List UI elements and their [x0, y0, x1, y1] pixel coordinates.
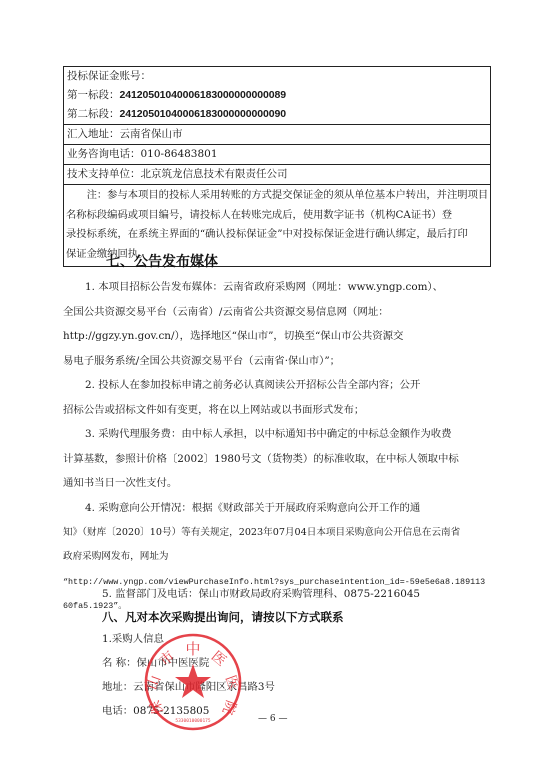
section-7-heading: 七、公告发布媒体	[106, 251, 218, 271]
section-7-item-1: 1. 本项目招标公告发布媒体：云南省政府采购网（网址：www.yngp.com）…	[63, 275, 488, 373]
note-line: 录投标系统，在系统主界面的“确认投标保证金”中对投标保证金进行确认绑定，最后打印	[66, 225, 488, 245]
svg-text:5330010000175: 5330010000175	[175, 718, 211, 724]
deposit-account-cell: 投标保证金账号： 第一标段：24120501040006183000000000…	[64, 67, 491, 125]
lot-1-account: 第一标段：24120501040006183000000000089	[67, 86, 487, 105]
note-line: 名称标段编码或项目编号，请投标人在转账完成后，使用数字证书（机构CA证书）登	[66, 206, 488, 226]
lot-1-label: 第一标段：	[67, 89, 120, 101]
text-line: 3. 采购代理服务费：由中标人承担，以中标通知书中确定的中标总金额作为收费	[63, 422, 488, 447]
document-page: 投标保证金账号： 第一标段：24120501040006183000000000…	[0, 0, 547, 779]
svg-text:中: 中	[185, 640, 200, 658]
section-8-heading: 八、凡对本次采购提出询问，请按以下方式联系	[102, 609, 344, 625]
text-line: 1. 本项目招标公告发布媒体：云南省政府采购网（网址：www.yngp.com）…	[63, 275, 488, 300]
text-line: 4. 采购意向公开情况：根据《财政部关于开展政府采购意向公开工作的通	[63, 496, 488, 521]
svg-text:医: 医	[208, 648, 229, 669]
text-line: 2. 投标人在参加投标申请之前务必认真阅读公开招标公告全部内容；公开	[63, 373, 488, 398]
section-7-item-5: 5. 监督部门及电话：保山市财政局政府采购管理科、0875-2216045	[102, 582, 420, 607]
text-line: 招标公告或招标文件如有变更，将在以上网站或以书面形式发布；	[63, 398, 488, 423]
text-line: 政府采购网发布，网址为	[63, 545, 488, 570]
page-number: — 6 —	[258, 714, 287, 724]
note-line: 注：参与本项目的投标人采用转账的方式提交保证金的须从单位基本户转出，并注明项目	[66, 186, 488, 206]
lot-2-label: 第二标段：	[67, 108, 120, 120]
lot-2-account: 第二标段：24120501040006183000000000090	[67, 105, 487, 124]
section-7-item-3: 3. 采购代理服务费：由中标人承担，以中标通知书中确定的中标总金额作为收费 计算…	[63, 422, 488, 496]
inquiry-phone: 业务咨询电话：010-86483801	[64, 145, 491, 165]
lot-1-number: 24120501040006183000000000089	[120, 89, 286, 101]
account-label: 投标保证金账号：	[67, 67, 487, 86]
section-7-item-2: 2. 投标人在参加投标申请之前务必认真阅读公开招标公告全部内容；公开 招标公告或…	[63, 373, 488, 422]
tech-support: 技术支持单位：北京筑龙信息技术有限责任公司	[64, 165, 491, 185]
text-line: http://ggzy.yn.gov.cn/），选择地区“保山市”，切换至“保山…	[63, 324, 488, 349]
svg-text:市: 市	[157, 648, 178, 669]
official-seal-stamp-icon: 中 市 山 保 医 医 院 5330010000175	[143, 632, 243, 732]
text-line: 易电子服务系统/全国公共资源交易平台（云南省·保山市）”；	[63, 349, 488, 374]
text-line: 知》（财库〔2020〕10号）等有关规定，2023年07月04日本项目采购意向公…	[63, 521, 488, 546]
text-line: 计算基数，参照计价格〔2002〕1980号文（货物类）的标准收取，在中标人领取中…	[63, 447, 488, 472]
text-line: 全国公共资源交易平台（云南省）/云南省公共资源交易信息网（网址：	[63, 300, 488, 325]
text-line: 通知书当日一次性支付。	[63, 471, 488, 496]
deposit-info-table: 投标保证金账号： 第一标段：24120501040006183000000000…	[63, 66, 491, 267]
remit-address: 汇入地址：云南省保山市	[64, 125, 491, 145]
lot-2-number: 24120501040006183000000000090	[120, 108, 286, 120]
